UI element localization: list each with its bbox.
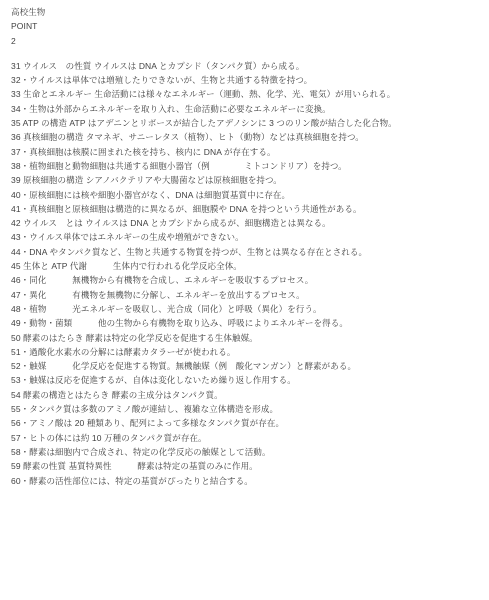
- list-line-49: 49・動物・菌類 他の生物から有機物を取り込み、呼吸によりエネルギーを得る。: [11, 316, 481, 330]
- list-line-35: 35 ATP の構造 ATP はアデニンとリボースが結合したアデノシンに 3 つ…: [11, 116, 481, 130]
- list-line-48: 48・植物 光エネルギーを吸収し、光合成（同化）と呼吸（異化）を行う。: [11, 302, 481, 316]
- list-line-56: 56・アミノ酸は 20 種類あり、配列によって多様なタンパク質が存在。: [11, 416, 481, 430]
- doc-point-label: POINT: [11, 19, 481, 33]
- doc-header: 高校生物 POINT 2: [11, 5, 481, 48]
- list-line-57: 57・ヒトの体には約 10 万種のタンパク質が存在。: [11, 431, 481, 445]
- point-list: 31 ウイルス の性質 ウイルスは DNA とカプシド（タンパク質）から成る。 …: [11, 59, 481, 488]
- list-line-43: 43・ウイルス単体ではエネルギーの生成や増殖ができない。: [11, 230, 481, 244]
- list-line-41: 41・真核細胞と原核細胞は構造的に異なるが、細胞膜や DNA を持つという共通性…: [11, 202, 481, 216]
- list-line-31: 31 ウイルス の性質 ウイルスは DNA とカプシド（タンパク質）から成る。: [11, 59, 481, 73]
- list-line-40: 40・原核細胞には核や細胞小器官がなく、DNA は細胞質基質中に存在。: [11, 188, 481, 202]
- list-line-50: 50 酵素のはたらき 酵素は特定の化学反応を促進する生体触媒。: [11, 331, 481, 345]
- list-line-33: 33 生命とエネルギー 生命活動には様々なエネルギー（運動、熱、化学、光、電気）…: [11, 87, 481, 101]
- list-line-37: 37・真核細胞は核膜に囲まれた核を持ち、核内に DNA が存在する。: [11, 145, 481, 159]
- list-line-45: 45 生体と ATP 代謝 生体内で行われる化学反応全体。: [11, 259, 481, 273]
- list-line-42: 42 ウイルス とは ウイルスは DNA とカプシドから成るが、細胞構造とは異な…: [11, 216, 481, 230]
- document-page: 高校生物 POINT 2 31 ウイルス の性質 ウイルスは DNA とカプシド…: [0, 0, 489, 488]
- list-line-59: 59 酵素の性質 基質特異性 酵素は特定の基質のみに作用。: [11, 459, 481, 473]
- list-line-60: 60・酵素の活性部位には、特定の基質がぴったりと結合する。: [11, 474, 481, 488]
- list-line-39: 39 原核細胞の構造 シアノバクテリアや大腸菌などは原核細胞を持つ。: [11, 173, 481, 187]
- list-line-53: 53・触媒は反応を促進するが、自体は変化しないため繰り返し作用する。: [11, 373, 481, 387]
- list-line-55: 55・タンパク質は多数のアミノ酸が連結し、複雑な立体構造を形成。: [11, 402, 481, 416]
- list-line-51: 51・過酸化水素水の分解には酵素カタラーゼが使われる。: [11, 345, 481, 359]
- list-line-46: 46・同化 無機物から有機物を合成し、エネルギーを吸収するプロセス。: [11, 273, 481, 287]
- list-line-36: 36 真核細胞の構造 タマネギ、サニーレタス（植物）、ヒト（動物）などは真核細胞…: [11, 130, 481, 144]
- list-line-44: 44・DNA やタンパク質など、生物と共通する物質を持つが、生物とは異なる存在と…: [11, 245, 481, 259]
- doc-page-number: 2: [11, 34, 481, 48]
- list-line-38: 38・植物細胞と動物細胞は共通する細胞小器官（例 ミトコンドリア）を持つ。: [11, 159, 481, 173]
- list-line-32: 32・ウイルスは単体では増殖したりできないが、生物と共通する特徴を持つ。: [11, 73, 481, 87]
- list-line-47: 47・異化 有機物を無機物に分解し、エネルギーを放出するプロセス。: [11, 288, 481, 302]
- list-line-52: 52・触媒 化学反応を促進する物質。無機触媒（例 酸化マンガン）と酵素がある。: [11, 359, 481, 373]
- list-line-58: 58・酵素は細胞内で合成され、特定の化学反応の触媒として活動。: [11, 445, 481, 459]
- list-line-54: 54 酵素の構造とはたらき 酵素の主成分はタンパク質。: [11, 388, 481, 402]
- list-line-34: 34・生物は外部からエネルギーを取り入れ、生命活動に必要なエネルギーに変換。: [11, 102, 481, 116]
- doc-subject: 高校生物: [11, 5, 481, 19]
